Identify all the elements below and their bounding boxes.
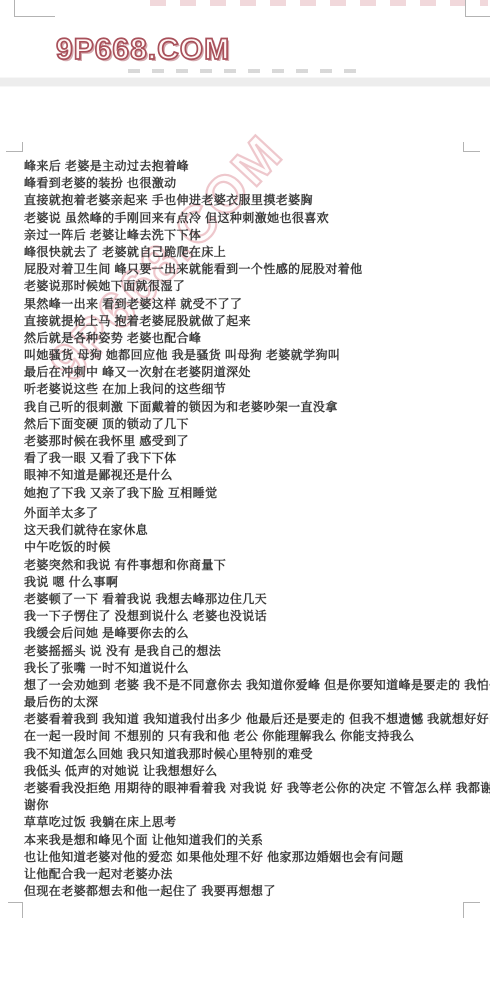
text-line: 老婆说 虽然峰的手刚回来有点冷 但这种刺激她也很喜欢	[24, 210, 480, 227]
text-line: 亲过一阵后 老婆让峰去洗下下体	[24, 227, 480, 244]
clipped-watermark-top-edge	[150, 0, 488, 6]
text-line: 在一起一段时间 不想别的 只有我和他 老公 你能理解我么 你能支持我么	[24, 728, 480, 745]
text-line: 看了我一眼 又看了我下下体	[24, 450, 480, 467]
text-line: 我缓会后问她 是峰要你去的么	[24, 625, 480, 642]
corner-mark-page2-bottom-left	[8, 902, 23, 918]
text-line: 但现在老婆都想去和他一起住了 我要再想想了	[24, 883, 480, 900]
text-line: 老婆看我没拒绝 用期待的眼神看着我 对我说 好 我等老公你的决定 不管怎么样 我…	[24, 780, 480, 797]
paragraph-block-1: 峰来后 老婆是主动过去抱着峰峰看到老婆的装扮 也很激动直接就抱着老婆亲起来 手也…	[24, 158, 480, 502]
text-line: 老婆突然和我说 有件事想和你商量下	[24, 557, 480, 574]
text-line: 外面羊太多了	[24, 505, 480, 522]
text-line: 老婆那时候在我怀里 感受到了	[24, 433, 480, 450]
document-page: 9P668.COM 9P668.COM 峰来后 老婆是主动过去抱着峰峰看到老婆的…	[0, 0, 490, 1000]
text-line: 峰很快就去了 老婆就自己跪爬在床上	[24, 244, 480, 261]
corner-mark-page1-bottom-left	[14, 0, 55, 17]
text-line: 中午吃饭的时候	[24, 539, 480, 556]
text-line: 也让他知道老婆对他的爱恋 如果他处理不好 他家那边婚姻也会有问题	[24, 849, 480, 866]
text-line: 果然峰一出来 看到老婆这样 就受不了了	[24, 296, 480, 313]
corner-mark-page1-bottom-right	[465, 0, 490, 17]
text-line: 我长了张嘴 一时不知道说什么	[24, 660, 480, 677]
corner-mark-page2-top-right	[463, 142, 480, 152]
text-line: 直接就抱着老婆亲起来 手也伸进老婆衣服里摸老婆胸	[24, 192, 480, 209]
text-line: 我一下子愣住了 没想到说什么 老婆也没说话	[24, 608, 480, 625]
text-line: 草草吃过饭 我躺在床上思考	[24, 814, 480, 831]
text-line: 我低头 低声的对她说 让我想想好么	[24, 763, 480, 780]
text-line: 眼神不知道是鄙视还是什么	[24, 467, 480, 484]
text-line: 峰看到老婆的装扮 也很激动	[24, 175, 480, 192]
text-line: 我说 嗯 什么事啊	[24, 574, 480, 591]
corner-mark-page2-bottom-right	[463, 902, 480, 918]
site-logo: 9P668.COM	[56, 33, 230, 67]
text-line: 让他配合我一起对老婆办法	[24, 866, 480, 883]
text-line: 老婆摇摇头 说 没有 是我自己的想法	[24, 643, 480, 660]
corner-mark-page2-top-left	[6, 142, 23, 152]
text-line: 然后下面变硬 顶的锁动了几下	[24, 416, 480, 433]
page-gap-band	[0, 78, 490, 86]
text-line: 然后就是各种姿势 老婆也配合峰	[24, 330, 480, 347]
text-line: 她抱了下我 又亲了我下脸 互相睡觉	[24, 485, 480, 502]
text-line: 谢你	[24, 797, 480, 814]
text-line: 我自己听的很刺激 下面戴着的锁因为和老婆吵架一直没拿	[24, 399, 480, 416]
text-line: 这天我们就待在家休息	[24, 522, 480, 539]
text-line: 想了一会劝她到 老婆 我不是不同意你去 我知道你爱峰 但是你要知道峰是要走的 我…	[24, 677, 480, 694]
text-line: 最后伤的太深	[24, 694, 480, 711]
text-line: 直接就提枪上马 抱着老婆屁股就做了起来	[24, 313, 480, 330]
text-line: 峰来后 老婆是主动过去抱着峰	[24, 158, 480, 175]
text-line: 屁股对着卫生间 峰只要一出来就能看到一个性感的屁股对着他	[24, 261, 480, 278]
text-line: 听老婆说这些 在加上我问的这些细节	[24, 381, 480, 398]
clipped-watermark-page1-bottom	[128, 69, 366, 73]
text-line: 本来我是想和峰见个面 让他知道我们的关系	[24, 832, 480, 849]
text-line: 老婆顿了一下 看着我说 我想去峰那边住几天	[24, 591, 480, 608]
paragraph-block-2: 外面羊太多了这天我们就待在家休息中午吃饭的时候老婆突然和我说 有件事想和你商量下…	[24, 505, 480, 900]
text-line: 老婆说那时候她下面就很湿了	[24, 278, 480, 295]
text-line: 叫她骚货 母狗 她都回应他 我是骚货 叫母狗 老婆就学狗叫	[24, 347, 480, 364]
text-line: 最后在冲刺中 峰又一次射在老婆阴道深处	[24, 364, 480, 381]
text-line: 我不知道怎么回她 我只知道我那时候心里特别的难受	[24, 746, 480, 763]
text-line: 老婆看着我到 我知道 我知道我付出多少 他最后还是要走的 但我不想遗憾 我就想好…	[24, 711, 480, 728]
